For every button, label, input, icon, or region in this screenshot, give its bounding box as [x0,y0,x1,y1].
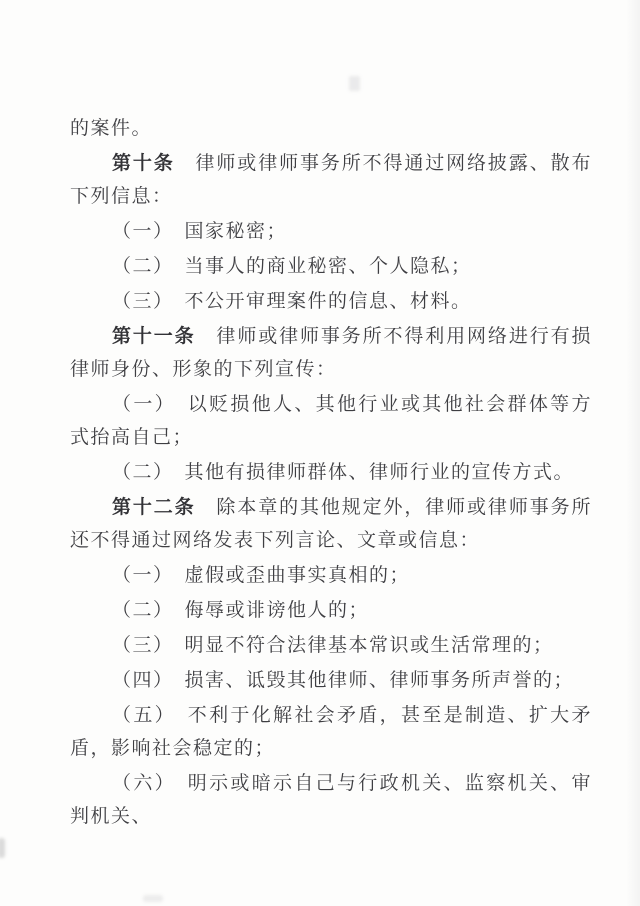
item-12-2: （二） 侮辱或诽谤他人的； [70,594,592,627]
article-12-number: 第十二条 [112,497,196,518]
item-10-2: （二） 当事人的商业秘密、个人隐私； [70,250,592,283]
item-12-4: （四） 损害、诋毁其他律师、律师事务所声誉的； [70,664,592,697]
scan-edge-shadow [626,0,640,906]
article-11-number: 第十一条 [112,326,196,347]
scanned-document-page: 的案件。 第十条 律师或律师事务所不得通过网络披露、散布下列信息： （一） 国家… [0,0,640,906]
paragraph-continued: 的案件。 [70,112,592,145]
item-10-3: （三） 不公开审理案件的信息、材料。 [70,285,592,318]
paragraph-article-12: 第十二条 除本章的其他规定外，律师或律师事务所还不得通过网络发表下列言论、文章或… [70,491,592,557]
item-12-6: （六） 明示或暗示自己与行政机关、监察机关、审判机关、 [70,767,592,833]
item-10-1: （一） 国家秘密； [70,215,592,248]
paragraph-article-11: 第十一条 律师或律师事务所不得利用网络进行有损律师身份、形象的下列宣传： [70,320,592,386]
item-12-1: （一） 虚假或歪曲事实真相的； [70,559,592,592]
document-body: 的案件。 第十条 律师或律师事务所不得通过网络披露、散布下列信息： （一） 国家… [70,112,592,835]
item-11-2: （二） 其他有损律师群体、律师行业的宣传方式。 [70,456,592,489]
item-12-5: （五） 不利于化解社会矛盾，甚至是制造、扩大矛盾，影响社会稳定的； [70,699,592,765]
item-11-1: （一） 以贬损他人、其他行业或其他社会群体等方式抬高自己； [70,388,592,454]
article-10-number: 第十条 [112,153,175,174]
item-12-3: （三） 明显不符合法律基本常识或生活常理的； [70,629,592,662]
paragraph-article-10: 第十条 律师或律师事务所不得通过网络披露、散布下列信息： [70,147,592,213]
scan-artifact [0,838,5,858]
scan-artifact [349,76,360,91]
scan-artifact [143,895,163,902]
